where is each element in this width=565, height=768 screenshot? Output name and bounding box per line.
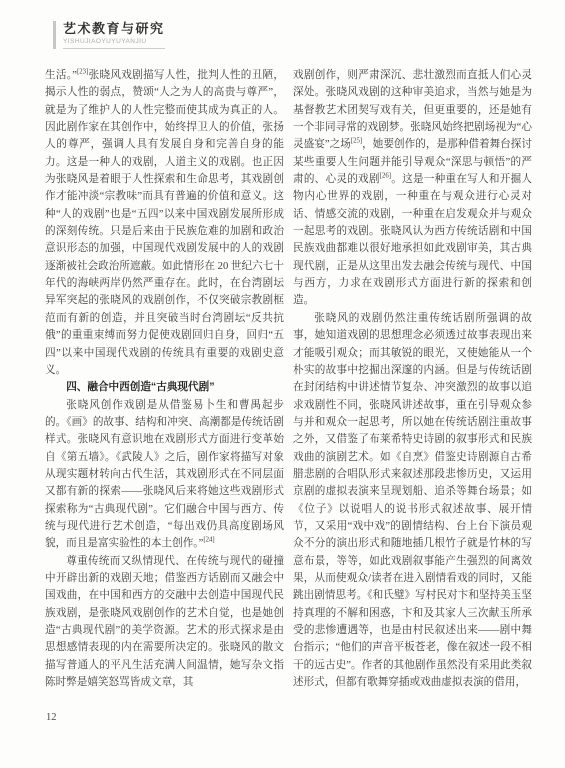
text-run: 四、融合中西创造“古典现代剧” [66,381,214,393]
section-heading: 四、融合中西创造“古典现代剧” [45,379,284,396]
right-column: 戏剧创作，则严肃深沉、悲壮激烈而直抵人们心灵深处。张晓风戏剧的这种审美追求，当然… [293,67,532,713]
body-paragraph: 生活。”[23]张晓风戏剧描写人性，批判人性的丑陋，揭示人性的弱点，赞颂“人之为… [45,67,284,379]
masthead-rule [63,48,165,49]
page-number: 12 [46,712,57,723]
article-body: 生活。”[23]张晓风戏剧描写人性，批判人性的丑陋，揭示人性的弱点，赞颂“人之为… [45,67,532,713]
masthead-accent-bar [53,21,56,49]
text-run: 张晓风戏剧描写人性，批判人性的丑陋，揭示人性的弱点，赞颂“人之为人的高贵与尊严”… [45,70,284,376]
body-paragraph: 尊重传统而又纵情现代、在传统与现代的碰撞中开辟出新的戏剧天地；借鉴西方话剧而又融… [45,553,284,692]
journal-title: 艺术教育与研究 [63,21,165,37]
text-run: 张晓风的戏剧仍然注重传统话剧所强调的故事，她知道戏剧的思想理念必须透过故事表现出… [293,313,532,688]
body-paragraph: 张晓风创作戏剧是从借鉴易卜生和曹禺起步的。《画》的故事、结构和冲突、高潮都是传统… [45,397,284,553]
body-paragraph: 戏剧创作，则严肃深沉、悲壮激烈而直抵人们心灵深处。张晓风戏剧的这种审美追求，当然… [293,67,532,310]
masthead-text-block: 艺术教育与研究 YISHUJIAOYUYUYANJIU [63,21,165,49]
body-paragraph: 张晓风的戏剧仍然注重传统话剧所强调的故事，她知道戏剧的思想理念必须透过故事表现出… [293,310,532,692]
citation-ref: [23] [77,68,88,75]
text-run: 张晓风创作戏剧是从借鉴易卜生和曹禺起步的。《画》的故事、结构和冲突、高潮都是传统… [45,400,284,550]
text-run: 尊重传统而又纵情现代、在传统与现代的碰撞中开辟出新的戏剧天地；借鉴西方话剧而又融… [45,556,284,688]
citation-ref: [25] [351,138,362,145]
left-column: 生活。”[23]张晓风戏剧描写人性，批判人性的丑陋，揭示人性的弱点，赞颂“人之为… [45,67,284,713]
text-run: 生活。” [45,70,77,81]
citation-ref: [26] [380,173,391,180]
journal-masthead: 艺术教育与研究 YISHUJIAOYUYUYANJIU [53,21,165,49]
journal-page: 艺术教育与研究 YISHUJIAOYUYUYANJIU 生活。”[23]张晓风戏… [0,0,565,768]
journal-title-pinyin: YISHUJIAOYUYUYANJIU [63,38,165,45]
text-run: 。这是一种重在写人和开掘人物内心世界的戏剧，一种重在与观众进行心灵对话、情感交流… [293,174,532,306]
citation-ref: [24] [203,537,214,544]
